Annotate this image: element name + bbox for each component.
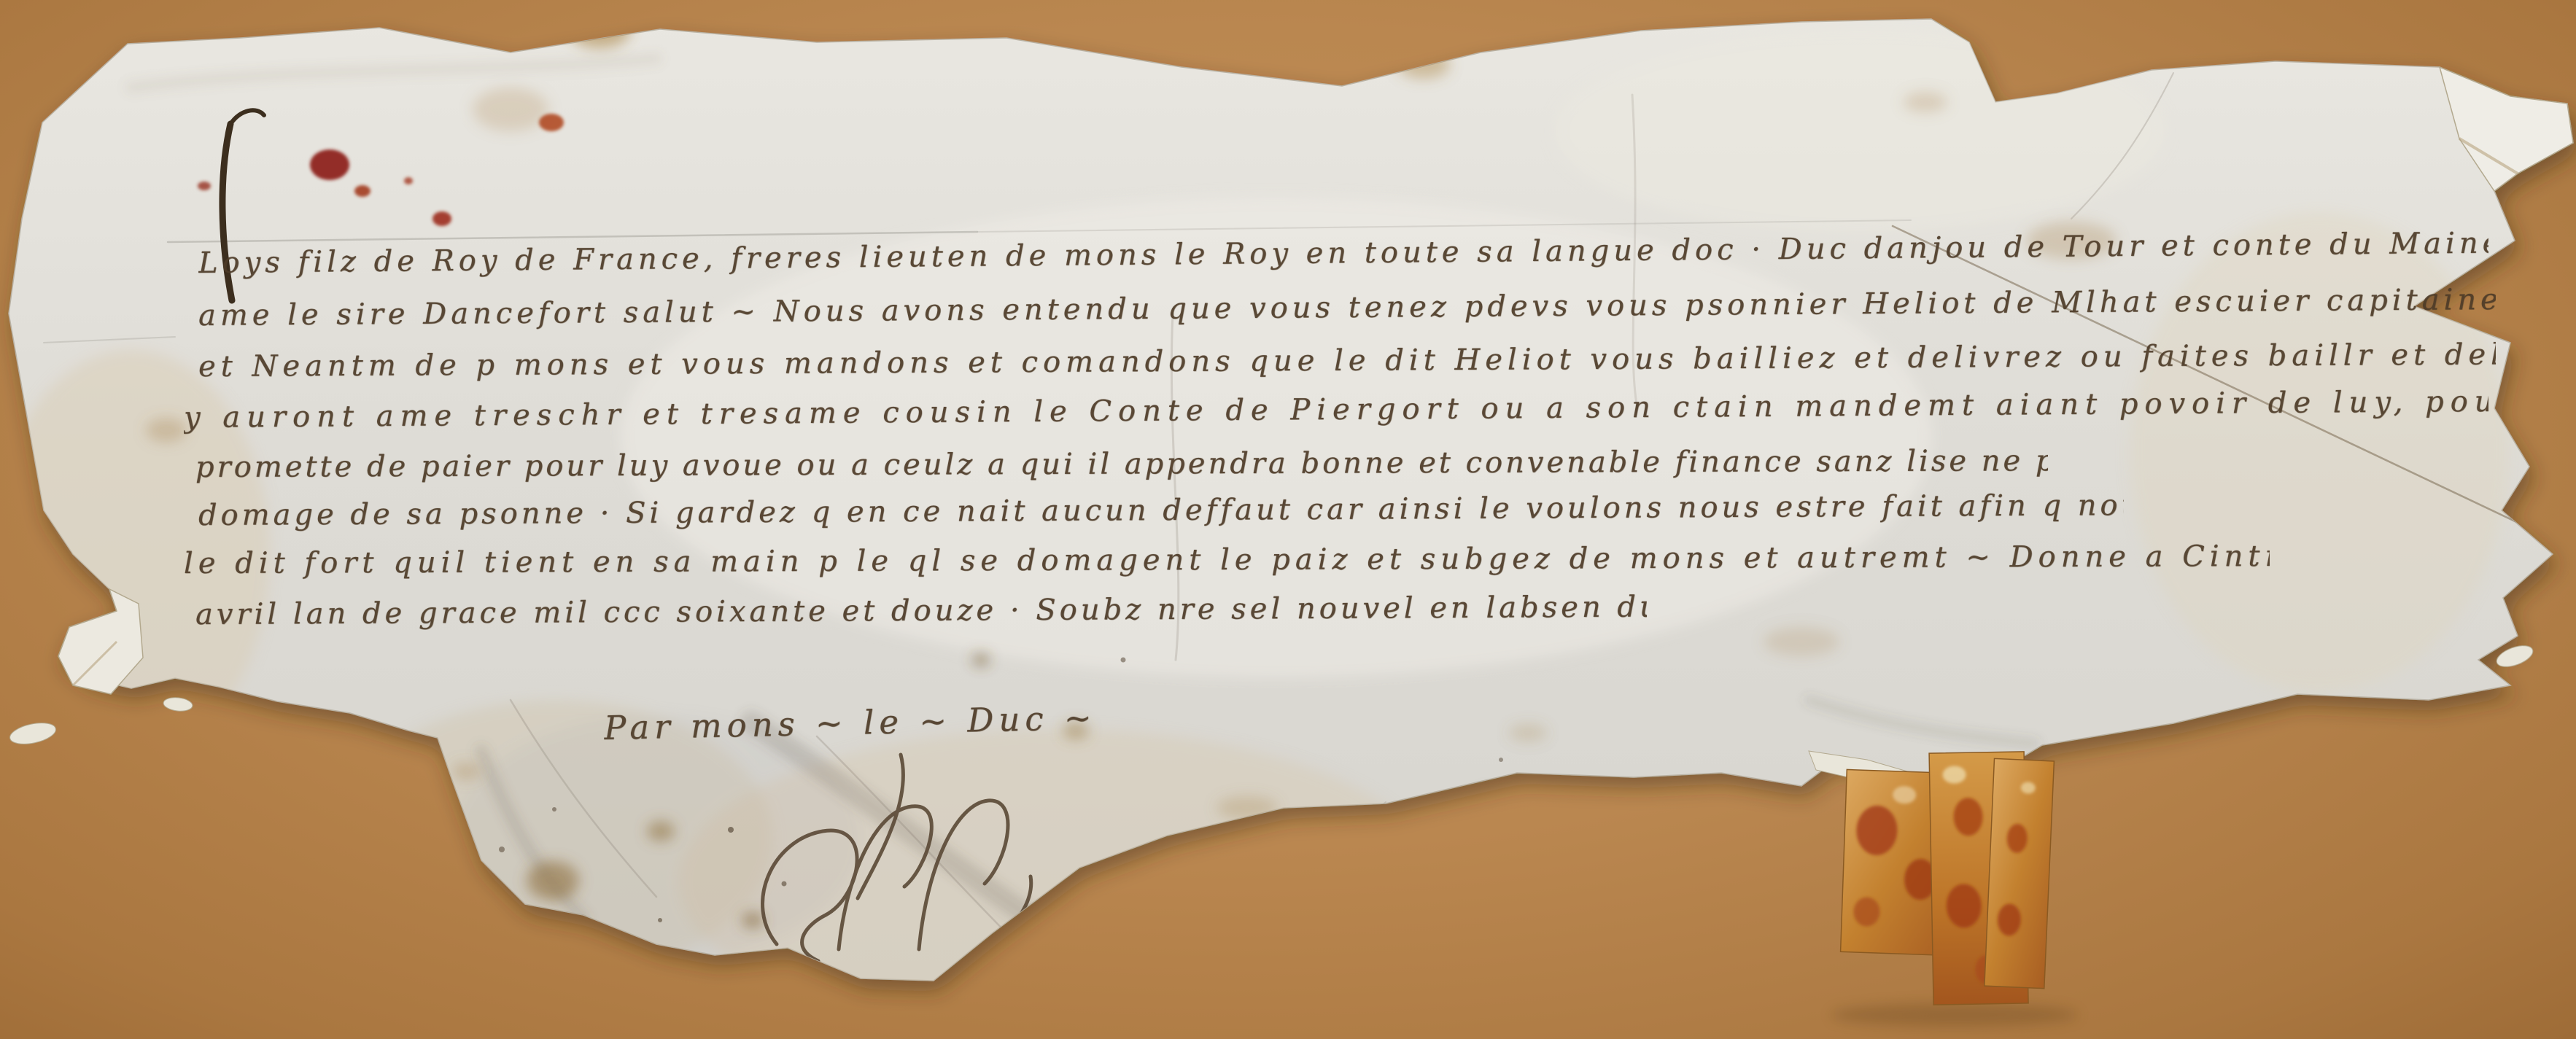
manuscript-line: promette de paier pour luy avoue ou a ce… bbox=[195, 444, 2048, 484]
manuscript-line: domage de sa psonne · Si gardez q en ce … bbox=[198, 489, 2124, 532]
manuscript-line: ame le sire Dancefort salut ~ Nous avons… bbox=[198, 283, 2496, 332]
subscription-line: Par mons ~ le ~ Duc ~ bbox=[603, 697, 1158, 747]
manuscript-text: Loys filz de Roy de France, freres lieut… bbox=[0, 0, 2576, 1039]
manuscript-line: Loys filz de Roy de France, freres lieut… bbox=[198, 227, 2488, 280]
photo-of-manuscript: Loys filz de Roy de France, freres lieut… bbox=[0, 0, 2576, 1039]
manuscript-line: avril lan de grace mil ccc soixante et d… bbox=[195, 591, 1647, 631]
manuscript-line: le dit fort quil tient en sa main p le q… bbox=[184, 540, 2270, 580]
manuscript-line: y auront ame treschr et tresame cousin l… bbox=[184, 385, 2488, 435]
manuscript-line: et Neantm de p mons et vous mandons et c… bbox=[198, 338, 2496, 384]
